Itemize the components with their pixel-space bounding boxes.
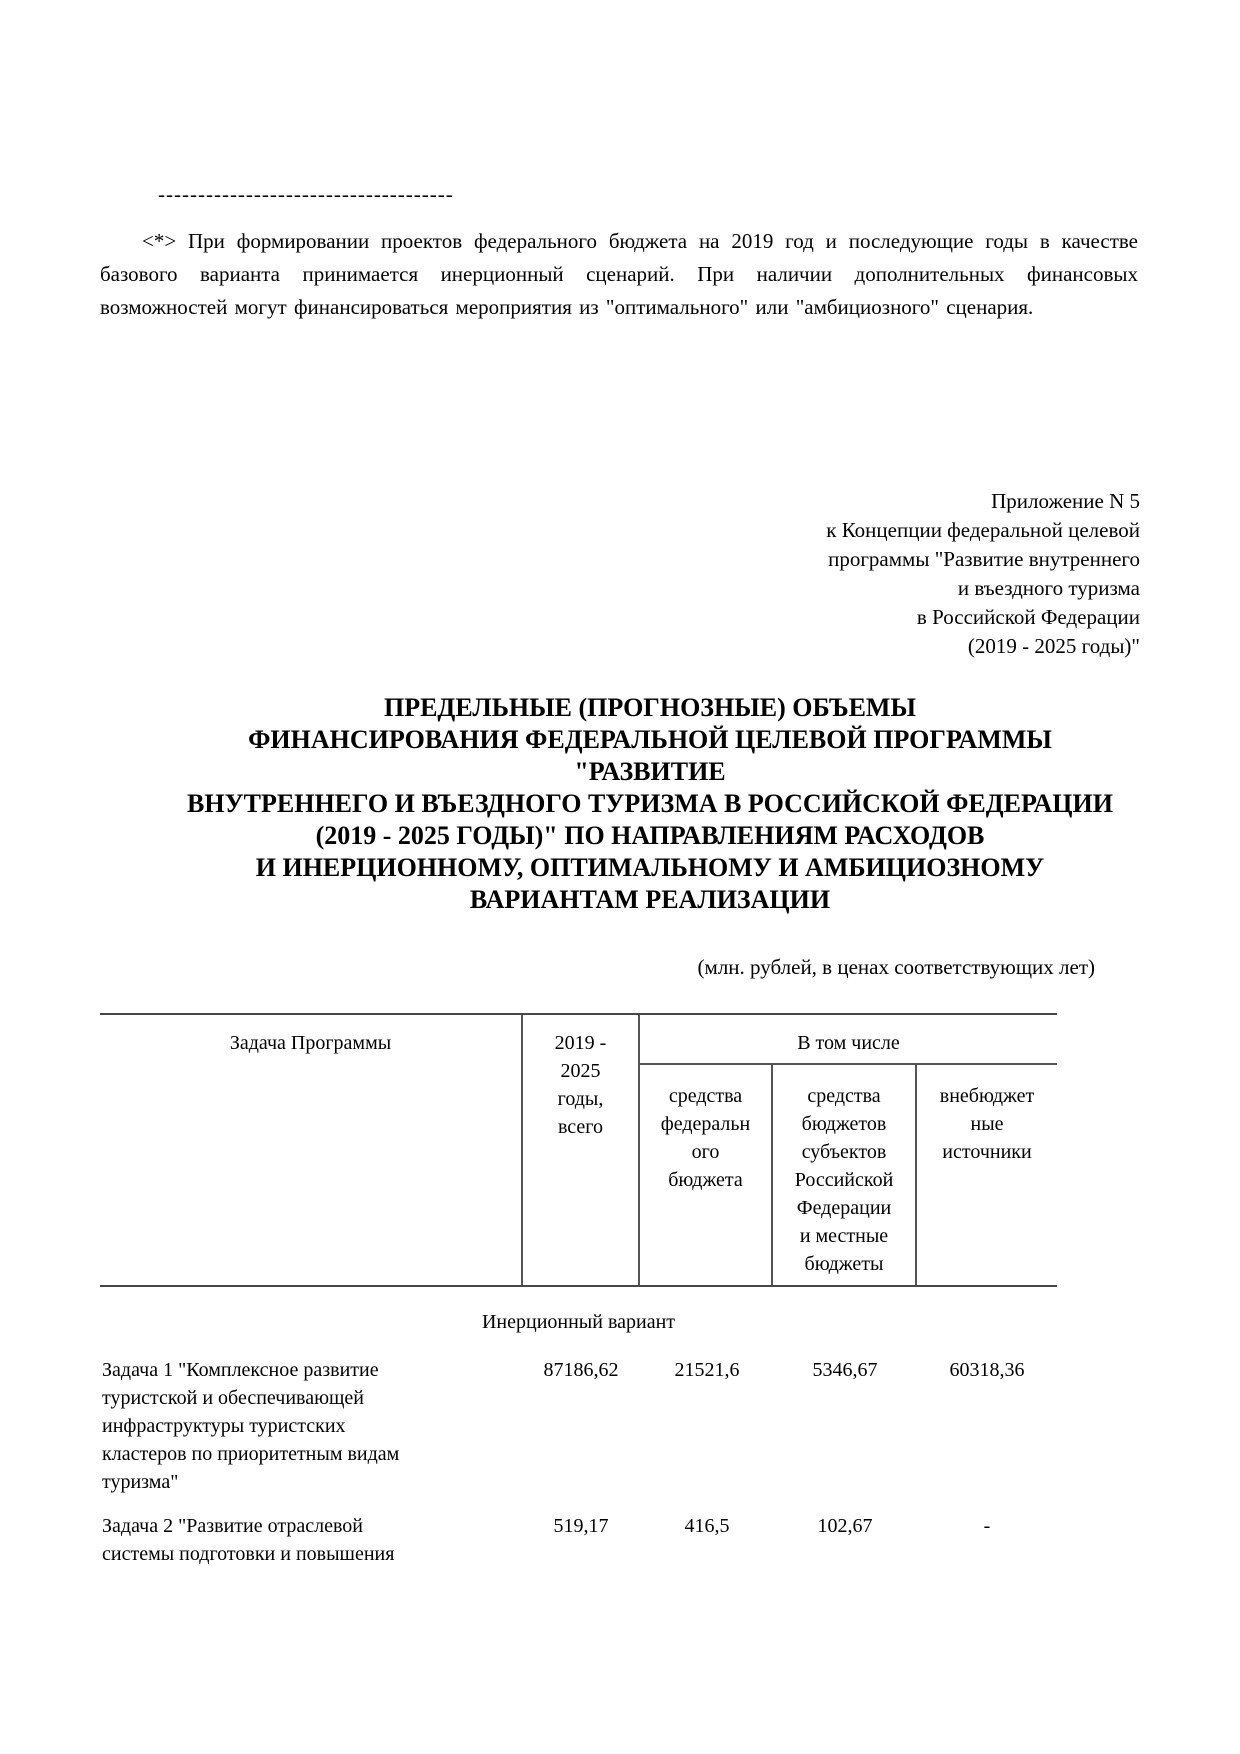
value-extrabudget: - [984,1512,991,1540]
units-note: (млн. рублей, в ценах соответствующих ле… [100,953,1095,982]
value-regional: 102,67 [818,1512,873,1540]
header-cell-extrabudget-sources: внебюджетныеисточники [917,1065,1057,1285]
value-federal: 416,5 [685,1512,730,1540]
header-cell-total: 2019 -2025годы,всего [523,1015,640,1285]
header-cell-task: Задача Программы [100,1015,523,1285]
appendix-heading: Приложение N 5к Концепции федеральной це… [100,487,1140,661]
task-name: Задача 2 "Развитие отраслевойсистемы под… [102,1512,532,1568]
finance-table: Задача Программы 2019 -2025годы,всего В … [100,1013,1057,1287]
header-cell-federal-budget: средствафедеральногобюджета [640,1065,773,1285]
document-page: ------------------------------------- <*… [0,0,1240,1754]
value-federal: 21521,6 [675,1356,740,1384]
header-cell-group: В том числе [640,1015,1057,1065]
value-regional: 5346,67 [813,1356,878,1384]
value-total: 519,17 [554,1512,609,1540]
document-title: ПРЕДЕЛЬНЫЕ (ПРОГНОЗНЫЕ) ОБЪЕМЫФИНАНСИРОВ… [130,692,1170,916]
footnote-paragraph: <*> При формировании проектов федерально… [100,225,1138,324]
scenario-section-label: Инерционный вариант [100,1308,1057,1336]
task-name: Задача 1 "Комплексное развитиетуристской… [102,1356,532,1496]
footnote-separator: ------------------------------------- [158,180,454,209]
header-cell-regional-budgets: средствабюджетовсубъектовРоссийскойФедер… [773,1065,917,1285]
value-extrabudget: 60318,36 [950,1356,1025,1384]
table-header: Задача Программы 2019 -2025годы,всего В … [100,1013,1057,1287]
value-total: 87186,62 [544,1356,619,1384]
